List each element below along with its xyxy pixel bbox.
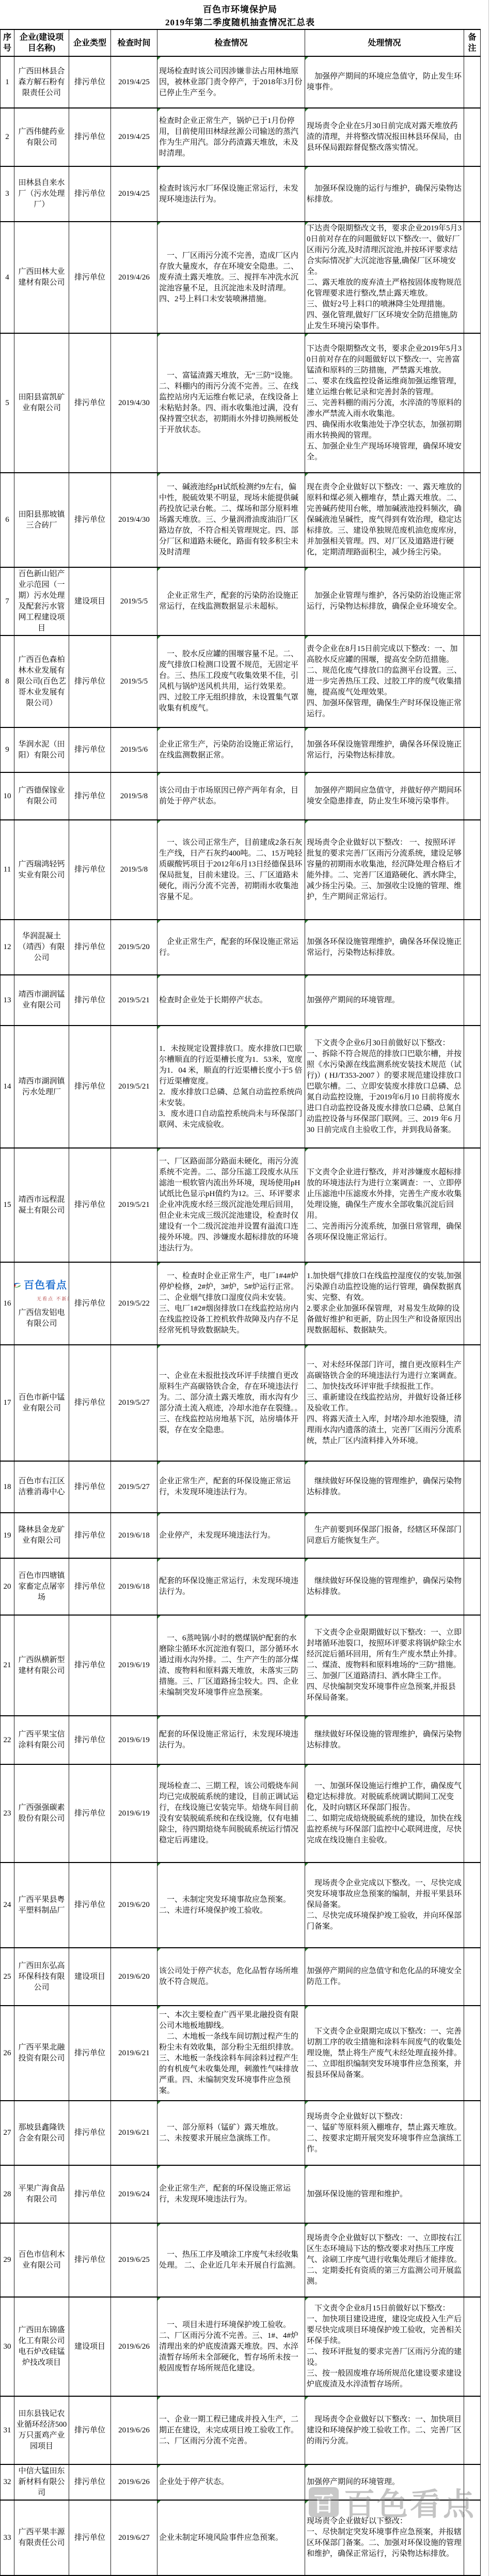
inspection-findings-cell-text: 一、企业一期工程已建成并投入生产，二期正在建设，未完成项目竣工验收工作。二、厂区…	[159, 2415, 298, 2445]
inspection-date-cell: 2019/6/27	[111, 2500, 157, 2575]
company-type-cell: 排污单位	[69, 166, 111, 222]
table-row: 24广西平果县粤平塑料制品厂排污单位2019/6/20 一、未制定突发环境事故应…	[1, 1863, 481, 1948]
company-name-cell-text: 广西信发铝电有限公司	[18, 1309, 65, 1328]
handling-actions-cell: 现场责令企业做好以下整改： 一、锰矿等原料须入棚堆存，禁止露天堆放。 二、按要求…	[305, 2101, 464, 2165]
inspection-date-cell-text: 2019/4/25	[118, 133, 150, 141]
company-type-cell: 排污单位	[69, 1345, 111, 1461]
company-name-cell: 田林县自来水厂（污水处理厂）	[14, 166, 69, 222]
table-row: 3田林县自来水厂（污水处理厂）排污单位2019/4/25检查时该污水厂环保设施正…	[1, 166, 481, 222]
remark-cell	[464, 1863, 481, 1948]
inspection-findings-cell: 一、检查时企业正常生产，电厂1#4#炉停炉检修，2#炉，3#炉，5#炉运行正常。…	[157, 1262, 305, 1345]
row-number-cell-text: 32	[4, 2478, 11, 2486]
company-type-cell-text: 排污单位	[74, 1483, 105, 1491]
remark-cell	[464, 920, 481, 975]
handling-actions-cell-text: 加强停产期间的环境管理。	[307, 2478, 400, 2486]
company-type-cell-text: 排污单位	[74, 1809, 105, 1818]
spreadsheet-gridline	[488, 0, 489, 2576]
inspection-date-cell: 2019/6/26	[111, 2396, 157, 2464]
row-number-cell-text: 28	[4, 2190, 11, 2198]
remark-cell	[464, 2101, 481, 2165]
row-number-cell: 33	[1, 2500, 14, 2575]
inspection-findings-cell: 一、企业一期工程已建成并投入生产，二期正在建设，未完成项目竣工验收工作。二、厂区…	[157, 2396, 305, 2464]
handling-actions-cell: 加强停产期间的环境管理。	[305, 2464, 464, 2500]
inspection-date-cell-text: 2019/5/6	[120, 746, 148, 754]
inspection-date-cell: 2019/5/8	[111, 772, 157, 820]
handling-actions-cell: 加强停产期间的应急值守和危化品的环境安全防范工作。	[305, 1948, 464, 2006]
table-row: 20百色市四塘镇家畜定点屠宰场排污单位2019/6/18配套的环保设施正常运行，…	[1, 1558, 481, 1615]
handling-actions-cell: 现场责令企业完成以下整改。一、尽快完成突发环境事故应急预案的编制，并报平果县环保…	[305, 1863, 464, 1948]
row-number-cell-text: 18	[4, 1483, 11, 1491]
company-name-cell: 广西田林县合森方解石粉有限责任公司	[14, 56, 69, 108]
company-name-cell: 田东县钱记农业循环经济500万只蛋鸡产业园项目	[14, 2396, 69, 2464]
inspection-findings-cell: 一、本次主要检查广西平果北融投资有限公司木地板地脚线。 二、木地板一条线车间切割…	[157, 2006, 305, 2101]
inspection-findings-cell: 一、未制定突发环境事故应急预案。 二、未进行环境保护竣工验收。	[157, 1863, 305, 1948]
company-name-cell-text: 百色市四塘镇家畜定点屠宰场	[18, 1572, 65, 1602]
agency-title: 百色市环境保护局	[0, 3, 480, 16]
inspection-findings-cell: 一、厂区雨污分流不完善，造成厂区内存放大量废水，存在环境安全隐患。二、废弃渣土露…	[157, 222, 305, 333]
row-number-cell: 7	[1, 567, 14, 635]
inspection-date-cell-text: 2019/4/25	[118, 190, 150, 198]
table-row: 5田阳县富凯矿业有限公司排污单位2019/4/30 一、富锰渣露天堆放，无“三防…	[1, 333, 481, 473]
row-number-cell-text: 33	[4, 2534, 11, 2542]
inspection-findings-cell-text: 一、6蒸吨锅/小时的燃煤锅炉配套的水磨除尘循环水沉淀池有裂口，部分循环水通过雨水…	[159, 1634, 298, 1697]
inspection-date-cell-text: 2019/6/26	[118, 2478, 150, 2486]
remark-cell	[464, 727, 481, 772]
inspection-date-cell: 2019/5/27	[111, 1461, 157, 1513]
row-number-cell-text: 15	[4, 1201, 11, 1209]
company-name-cell-text: 广西德保镓业有限公司	[18, 786, 65, 805]
table-row: 21广西纵横新型建材有限公司排污单位2019/6/19 一、6蒸吨锅/小时的燃煤…	[1, 1615, 481, 1716]
header-handling: 处理情况	[305, 29, 464, 56]
company-type-cell: 排污单位	[69, 56, 111, 108]
inspection-date-cell: 2019/6/18	[111, 1558, 157, 1615]
inspection-findings-cell-text: 一、碱液池经pH试纸检测约9左右，偏中性，脱硫效果不明显，现场未能提供碱药投放记…	[159, 483, 298, 556]
remark-cell	[464, 166, 481, 222]
inspection-findings-cell: 一、碱液池经pH试纸检测约9左右，偏中性，脱硫效果不明显，现场未能提供碱药投放记…	[157, 473, 305, 567]
row-number-cell-text: 24	[4, 1901, 11, 1909]
inspection-findings-cell-text: 一、胶水反应罐的围堰容量不足。二、废气排放口检测口设置不规范，无固定平台。三、热…	[159, 650, 298, 712]
handling-actions-cell-text: 现场责令企业完成以下整改。一、尽快完成突发环境事故应急预案的编制，并报平果县环保…	[307, 1879, 462, 1931]
inspection-date-cell-text: 2019/5/21	[118, 996, 150, 1004]
company-type-cell-text: 排污单位	[74, 746, 105, 754]
company-type-cell-text: 排污单位	[74, 1582, 105, 1591]
handling-actions-cell-text: 下文责令企业限期完成以下整改：一、完善切割工序的收尘措施和涂料车间废气的收集处理…	[307, 2027, 462, 2079]
row-number-cell-text: 22	[4, 1736, 11, 1744]
inspection-findings-cell: 一、热压工序及喷涂工序废气未经收集处理。 二、企业近几年未开展自行监测。	[157, 2223, 305, 2297]
table-row: 11广西瑞鸿轻钙实业有限公司排污单位2019/5/8 一、该公司正常生产，目前建…	[1, 820, 481, 920]
row-number-cell-text: 21	[4, 1661, 11, 1669]
remark-cell	[464, 333, 481, 473]
company-type-cell-text: 排污单位	[74, 190, 105, 198]
inspection-date-cell: 2019/4/30	[111, 473, 157, 567]
handling-actions-cell: 现场责令企业做好以下整改：一、立即按右江区生态环境局下达的整改要求对热压工序废气…	[305, 2223, 464, 2297]
company-name-cell: 广西田东弘高环保科技有限公司	[14, 1948, 69, 2006]
inspection-date-cell: 2019/6/21	[111, 2101, 157, 2165]
inspection-date-cell: 2019/5/21	[111, 1026, 157, 1148]
handling-actions-cell-text: 下达责令限期整改文书，要求企业2019年5月30日前对存在的问题做好以下整改:一…	[307, 345, 462, 461]
logo-text: 百色看点	[24, 1280, 67, 1291]
inspection-date-cell-text: 2019/6/21	[118, 2129, 150, 2137]
company-type-cell: 排污单位	[69, 1026, 111, 1148]
remark-cell	[464, 1461, 481, 1513]
inspection-findings-cell-text: 一、富锰渣露天堆放，无“三防”设施。二、料棚内的雨污分流不完善。三、在线监控站房…	[159, 371, 298, 434]
row-number-cell: 25	[1, 1948, 14, 2006]
row-number-cell: 5	[1, 333, 14, 473]
inspection-findings-cell-text: 一、厂区雨污分流不完善，造成厂区内存放大量废水，存在环境安全隐患。二、废弃渣土露…	[159, 252, 298, 303]
inspection-findings-cell-text: 企业未制定环境风险事件应急预案。	[159, 2534, 283, 2542]
inspection-findings-cell-text: 一、检查时企业正常生产，电厂1#4#炉停炉检修，2#炉，3#炉，5#炉运行正常。…	[159, 1272, 298, 1334]
company-type-cell: 排污单位	[69, 920, 111, 975]
company-type-cell-text: 排污单位	[74, 1736, 105, 1744]
company-type-cell: 排污单位	[69, 2500, 111, 2575]
handling-actions-cell-text: 加强企业管理与维护，各污染防治设施正常运行，污染物达标排放，确保企业环境安全。	[307, 592, 462, 611]
inspection-date-cell-text: 2019/4/26	[118, 273, 150, 282]
company-type-cell-text: 排污单位	[74, 1082, 105, 1091]
company-type-cell-text: 排污单位	[74, 677, 105, 686]
handling-actions-cell: 下达责令限期整改文书，要求企业2019年5月30日前对存在的问题做好以下整改:一…	[305, 333, 464, 473]
company-type-cell-text: 排污单位	[74, 78, 105, 86]
row-number-cell: 19	[1, 1513, 14, 1558]
company-type-cell-text: 排污单位	[74, 1201, 105, 1209]
company-type-cell-text: 排污单位	[74, 1399, 105, 1407]
table-row: 26广西平果北融投资有限公司排污单位2019/6/21一、本次主要检查广西平果北…	[1, 2006, 481, 2101]
company-name-cell: 那坡县鑫隆铁合金有限公司	[14, 2101, 69, 2165]
row-number-cell-text: 19	[4, 1531, 11, 1540]
handling-actions-cell-text: 现场责令企业做好以下整改： 一、按照环评批复的要求完善厂区雨污分流系统，建设足够…	[307, 839, 462, 901]
remark-cell	[464, 2297, 481, 2396]
row-number-cell: 3	[1, 166, 14, 222]
company-type-cell: 排污单位	[69, 1558, 111, 1615]
inspection-findings-cell: 一、企业在未报批技改环评手续擅自更改原料生产高碳铬铁合金，存在环境违法行为。二、…	[157, 1345, 305, 1461]
inspection-findings-cell-text: 一、未制定突发环境事故应急预案。 二、未进行环境保护竣工验收。	[159, 1896, 291, 1915]
row-number-cell-text: 14	[4, 1082, 11, 1091]
handling-actions-cell-text: 加强停产期间的环境应急值守，防止发生环境事件。	[307, 72, 462, 91]
inspection-date-cell: 2019/6/25	[111, 2223, 157, 2297]
inspection-findings-cell-text: 一、企业在未报批技改环评手续擅自更改原料生产高碳铬铁合金，存在环境违法行为。二、…	[159, 1372, 303, 1434]
table-row: 7百色新山铝产业示范园（一期）污水处理及配套污水管网工程建设项目建设项目2019…	[1, 567, 481, 635]
table-row: 22广西平果宝信涂料有限公司排污单位2019/6/19配套的环保设施正常运行，未…	[1, 1716, 481, 1764]
table-row: 16百色看点无看点 不新闻广西信发铝电有限公司排污单位2019/5/22 一、检…	[1, 1262, 481, 1345]
inspection-findings-cell: 一、厂区路面部分路面未硬化，雨污分流系统不完善。二、部分压滤工段废水从压滤池一根…	[157, 1148, 305, 1262]
table-row: 9华润水泥（田阳）有限公司排污单位2019/5/6企业正常生产，污染防治设施正常…	[1, 727, 481, 772]
remark-cell	[464, 1513, 481, 1558]
company-type-cell-text: 排污单位	[74, 399, 105, 407]
logo-tagline: 无看点 不新闻	[37, 1294, 67, 1305]
inspection-findings-cell-text: 企业正常生产，配套的环保设施正常运行。	[159, 938, 298, 957]
company-name-cell: 田阳县那坡镇三合砖厂	[14, 473, 69, 567]
company-type-cell-text: 排污单位	[74, 792, 105, 800]
inspection-date-cell: 2019/5/27	[111, 1345, 157, 1461]
company-name-cell: 百色市新中锰业有限公司	[14, 1345, 69, 1461]
inspection-findings-cell: 企业停产，未发现环境违法行为。	[157, 1513, 305, 1558]
inspection-findings-cell-text: 一、本次主要检查广西平果北融投资有限公司木地板地脚线。 二、木地板一条线车间切割…	[159, 2011, 298, 2095]
header-remark: 备注	[464, 29, 481, 56]
remark-cell	[464, 1026, 481, 1148]
inspection-date-cell: 2019/4/26	[111, 222, 157, 333]
inspection-findings-cell: 该公司处于停产状态，危化品暂存场所堆放不符合规范。	[157, 1948, 305, 2006]
row-number-cell: 12	[1, 920, 14, 975]
company-name-cell-text: 田阳县那坡镇三合砖厂	[18, 510, 65, 530]
inspection-date-cell-text: 2019/5/21	[118, 1082, 150, 1091]
inspection-findings-cell-text: 一、部分原料（锰矿）露天堆放。 二、未按要求开展应急演练工作。	[159, 2123, 283, 2143]
inspection-findings-cell-text: 现场检查时该公司因涉嫌非法占用林地原因，被林业部门责令停产，于2018年3月份已…	[159, 67, 303, 97]
handling-actions-cell: 现场责令企业做好以下整改： 一、按照环评批复的要求完善厂区雨污分流系统，建设足够…	[305, 820, 464, 920]
remark-cell	[464, 1558, 481, 1615]
inspection-date-cell-text: 2019/6/25	[118, 2256, 150, 2264]
row-number-cell: 11	[1, 820, 14, 920]
row-number-cell-text: 7	[5, 597, 9, 606]
company-name-cell-text: 广西瑞鸿轻钙实业有限公司	[18, 860, 65, 879]
table-row: 19隆林县金龙矿业有限公司排污单位2019/6/18企业停产，未发现环境违法行为…	[1, 1513, 481, 1558]
remark-cell	[464, 2500, 481, 2575]
handling-actions-cell: 责令企业在8月15日前完成以下整改：一、加高胶水反应罐的围堰，提高安全防范措施。…	[305, 635, 464, 727]
remark-cell	[464, 635, 481, 727]
company-name-cell: 广西强强碳素股份有限公司	[14, 1764, 69, 1863]
inspection-date-cell: 2019/6/20	[111, 1863, 157, 1948]
company-name-cell-text: 靖西市远程混凝土有限公司	[18, 1196, 65, 1215]
handling-actions-cell: 1.加快烟气排放口在线监控湿度仪的安装,加强污染源自动监控设施的运行管理，确保数…	[305, 1262, 464, 1345]
remark-cell	[464, 975, 481, 1026]
row-number-cell-text: 25	[4, 1973, 11, 1981]
handling-actions-cell: 加强停产期间的环境管理。	[305, 975, 464, 1026]
company-name-cell-text: 百色市信利木业有限公司	[18, 2251, 65, 2270]
company-name-cell-text: 广西平果宝信涂料有限公司	[18, 1730, 65, 1749]
company-type-cell: 建设项目	[69, 1948, 111, 2006]
inspection-date-cell-text: 2019/4/30	[118, 399, 150, 407]
table-row: 4广西田林大业建材有限公司排污单位2019/4/26 一、厂区雨污分流不完善，造…	[1, 222, 481, 333]
inspection-findings-cell-text: 1．未按规定设置排放口。废水排放口巴歇尔槽顺直的行近渠槽长度为1．53米，宽度为…	[159, 1045, 303, 1129]
inspection-date-cell-text: 2019/5/8	[120, 792, 148, 800]
inspection-date-cell-text: 2019/4/25	[118, 78, 150, 86]
company-type-cell: 排污单位	[69, 727, 111, 772]
company-name-cell-text: 广西强强碳素股份有限公司	[18, 1804, 65, 1823]
company-type-cell: 排污单位	[69, 108, 111, 166]
handling-actions-cell: 加强各环保设施管理维护，确保各环保设施正常运行，污染物达标排放。	[305, 920, 464, 975]
company-name-cell: 百色市右江区洁雅消毒中心	[14, 1461, 69, 1513]
company-type-cell: 排污单位	[69, 1764, 111, 1863]
handling-actions-cell-text: 责令企业在8月15日前完成以下整改：一、加高胶水反应罐的围堰，提高安全防范措施。…	[307, 645, 462, 718]
handling-actions-cell-text: 现场责令企业做好以下整改： 一、锰矿等原料须入棚堆存，禁止露天堆放。 二、按要求…	[307, 2113, 462, 2153]
inspection-date-cell-text: 2019/6/18	[118, 1582, 150, 1591]
row-number-cell-text: 11	[4, 865, 11, 874]
company-name-cell-text: 田林县自来水厂（污水处理厂）	[18, 179, 65, 209]
row-number-cell: 24	[1, 1863, 14, 1948]
company-type-cell: 建设项目	[69, 2297, 111, 2396]
handling-actions-cell-text: 加强环保设施的运行与维护，确保污染物达标排放。	[307, 184, 462, 204]
handling-actions-cell: 加强企业管理与维护，各污染防治设施正常运行，污染物达标排放，确保企业环境安全。	[305, 567, 464, 635]
remark-cell	[464, 108, 481, 166]
company-name-cell-text: 广西田林县合森方解石粉有限责任公司	[18, 67, 65, 97]
company-name-cell-text: 靖西市湖润锰业有限公司	[18, 990, 65, 1010]
handling-actions-cell: 下文责令企业8月15日前做好以下整改：一、加快项目建设进度，建设完成投入生产后要…	[305, 2297, 464, 2396]
handling-actions-cell-text: 继续做好环保设施的管理维护，确保污染物达标排放。	[307, 1730, 462, 1749]
company-type-cell: 排污单位	[69, 222, 111, 333]
company-type-cell-text: 排污单位	[74, 133, 105, 141]
table-row: 8广西百色森柏林木业发展有限公司(百色艺哥木业发展有限公司）排污单位2019/5…	[1, 635, 481, 727]
inspection-findings-cell: 现场检查二、三期工程，该公司煅烧车间均已完成脱硫系统的建设，目前正调试运行，在线…	[157, 1764, 305, 1863]
company-type-cell-text: 排污单位	[74, 2534, 105, 2542]
row-number-cell: 29	[1, 2223, 14, 2297]
inspection-findings-cell-text: 一、厂区路面部分路面未硬化，雨污分流系统不完善。二、部分压滤工段废水从压滤池一根…	[159, 1157, 300, 1252]
inspection-date-cell-text: 2019/5/27	[118, 1483, 150, 1491]
remark-cell	[464, 1148, 481, 1262]
handling-actions-cell-text: 继续做好环保设施的管理维护，确保污染物达标排放。	[307, 1477, 462, 1496]
handling-actions-cell-text: 现场责令企业做好以下整改： 一、尽快制定突发环境事件应急预案，并报辖区环保部门备…	[307, 2517, 462, 2558]
inspection-findings-cell-text: 检查时企业处于长期停产状态。	[159, 996, 267, 1004]
company-type-cell: 建设项目	[69, 567, 111, 635]
row-number-cell: 17	[1, 1345, 14, 1461]
row-number-cell: 31	[1, 2396, 14, 2464]
inspection-findings-cell: 检查时该污水厂环保设施正常运行，未发现环境违法行为。	[157, 166, 305, 222]
handling-actions-cell-text: 加强停产期间的应急值守和危化品的环境安全防范工作。	[307, 1967, 462, 1986]
company-name-cell: 百色新山铝产业示范园（一期）污水处理及配套污水管网工程建设项目	[14, 567, 69, 635]
inspection-findings-cell: 一、部分原料（锰矿）露天堆放。 二、未按要求开展应急演练工作。	[157, 2101, 305, 2165]
table-row: 17百色市新中锰业有限公司排污单位2019/5/27一、企业在未报批技改环评手续…	[1, 1345, 481, 1461]
company-name-cell-text: 那坡县鑫隆铁合金有限公司	[18, 2123, 65, 2143]
row-number-cell: 8	[1, 635, 14, 727]
table-row: 10广西德保镓业有限公司排污单位2019/5/8该公司由于市场原因已停产两年有余…	[1, 772, 481, 820]
inspection-findings-cell: 一、项目未进行环境保护竣工验收。二、厂区雨污分流不完善。三、1#、4#炉清理出来…	[157, 2297, 305, 2396]
company-name-cell-text: 中信大锰田东新材料有限公司	[18, 2467, 65, 2497]
company-name-cell-text: 广西田东弘高环保科技有限公司	[18, 1962, 65, 1992]
inspection-date-cell: 2019/4/25	[111, 108, 157, 166]
inspection-date-cell: 2019/6/18	[111, 1513, 157, 1558]
company-name-cell: 广西伟健药业有限公司	[14, 108, 69, 166]
company-name-cell: 广西田东锦盛化工有限公司电石炉改硅锰炉技改项目	[14, 2297, 69, 2396]
row-number-cell-text: 5	[5, 399, 9, 407]
company-name-cell: 隆林县金龙矿业有限公司	[14, 1513, 69, 1558]
inspection-findings-cell: 配套的环保设施正常运行，未发现环境违法行为。	[157, 1558, 305, 1615]
inspection-date-cell-text: 2019/5/22	[118, 1299, 150, 1308]
company-type-cell-text: 排污单位	[74, 2426, 105, 2434]
row-number-cell: 13	[1, 975, 14, 1026]
table-row: 32中信大锰田东新材料有限公司排污单位2019/6/26企业处于停产状态。加强停…	[1, 2464, 481, 2500]
inspection-date-cell: 2019/6/19	[111, 1615, 157, 1716]
company-type-cell-text: 建设项目	[74, 597, 105, 606]
inspection-findings-cell: 企业正常生产，污染防治设施正常运行，在线监测数据正常。	[157, 727, 305, 772]
company-name-cell: 广西平果县粤平塑料制品厂	[14, 1863, 69, 1948]
inspection-findings-cell: 配套的环保设施正常运行，未发现环境违法行为。	[157, 1716, 305, 1764]
inspection-date-cell-text: 2019/6/19	[118, 1661, 150, 1669]
handling-actions-cell: 加强停产期间应急值守，并做好停产期间环境安全隐患排查，防止发生环境污染事件。	[305, 772, 464, 820]
inspection-date-cell: 2019/5/21	[111, 1148, 157, 1262]
inspection-findings-cell: 一、胶水反应罐的围堰容量不足。二、废气排放口检测口设置不规范，无固定平台。三、热…	[157, 635, 305, 727]
header-findings: 检查情况	[157, 29, 305, 56]
row-number-cell-text: 29	[4, 2256, 11, 2264]
row-number-cell: 14	[1, 1026, 14, 1148]
row-number-cell-text: 13	[4, 996, 11, 1004]
header-type: 企业类型	[69, 29, 111, 56]
company-type-cell: 排污单位	[69, 2006, 111, 2101]
handling-actions-cell-text: 一、加强环保设施运行维护工作，确保废气稳定达标排放。对脱硫系统调试期间工况变化，…	[307, 1782, 462, 1844]
inspection-date-cell-text: 2019/6/21	[118, 2049, 150, 2057]
remark-cell	[464, 2464, 481, 2500]
inspection-summary-table: 序号 企业(建设项目名称) 企业类型 检查时间 检查情况 处理情况 备注 1广西…	[0, 29, 481, 2576]
remark-cell	[464, 2165, 481, 2223]
company-name-cell-text: 百色市右江区洁雅消毒中心	[18, 1477, 65, 1496]
company-type-cell: 排污单位	[69, 333, 111, 473]
inspection-findings-cell-text: 该公司处于停产状态，危化品暂存场所堆放不符合规范。	[159, 1967, 298, 1986]
inspection-date-cell-text: 2019/6/24	[118, 2190, 150, 2198]
company-name-cell: 靖西市湖润锰业有限公司	[14, 975, 69, 1026]
inspection-findings-cell: 企业正常生产，配套的污染防治设施正常运行，在线监测数据显示未超标。	[157, 567, 305, 635]
inspection-findings-cell-text: 企业正常生产，配套的环保设施正常运行，未发现环境违法行为。	[159, 2184, 291, 2203]
row-number-cell: 27	[1, 2101, 14, 2165]
company-name-cell: 靖西市湖润镇污水处理厂	[14, 1026, 69, 1148]
company-type-cell-text: 排污单位	[74, 2190, 105, 2198]
company-name-cell: 广西纵横新型建材有限公司	[14, 1615, 69, 1716]
company-name-cell-text: 广西平果县粤平塑料制品厂	[18, 1896, 65, 1915]
inspection-date-cell: 2019/6/19	[111, 1764, 157, 1863]
company-type-cell: 排污单位	[69, 1716, 111, 1764]
company-name-cell: 百色市信利木业有限公司	[14, 2223, 69, 2297]
inspection-date-cell: 2019/5/8	[111, 820, 157, 920]
company-name-cell: 中信大锰田东新材料有限公司	[14, 2464, 69, 2500]
company-name-cell: 广西田林大业建材有限公司	[14, 222, 69, 333]
inspection-date-cell: 2019/5/20	[111, 920, 157, 975]
row-number-cell-text: 23	[4, 1809, 11, 1818]
handling-actions-cell: 加强环保设施的管理和维护。	[305, 2165, 464, 2223]
company-type-cell: 排污单位	[69, 820, 111, 920]
company-type-cell: 排污单位	[69, 635, 111, 727]
document-title-block: 百色市环境保护局 2019年第二季度随机抽查情况汇总表	[0, 0, 480, 29]
company-type-cell-text: 排污单位	[74, 516, 105, 524]
inspection-date-cell: 2019/6/26	[111, 2464, 157, 2500]
row-number-cell-text: 6	[5, 516, 9, 524]
table-row: 27那坡县鑫隆铁合金有限公司排污单位2019/6/21 一、部分原料（锰矿）露天…	[1, 2101, 481, 2165]
inspection-date-cell-text: 2019/5/20	[118, 943, 150, 951]
report-title: 2019年第二季度随机抽查情况汇总表	[0, 16, 480, 29]
company-type-cell: 排污单位	[69, 2165, 111, 2223]
company-type-cell: 排污单位	[69, 1615, 111, 1716]
inspection-date-cell-text: 2019/5/27	[118, 1399, 150, 1407]
handling-actions-cell-text: 现在责令企业做好以下整改：一、露天堆放的原料和煤必须入棚堆存，禁止露天堆放。二、…	[307, 483, 462, 556]
row-number-cell-text: 4	[5, 273, 9, 282]
company-name-cell: 广西平果北融投资有限公司	[14, 2006, 69, 2101]
handling-actions-cell: 现场责令企业在5月30日前完成对露天堆放药渣的清理，并将整改情况报田林县环保局，…	[305, 108, 464, 166]
company-type-cell: 排污单位	[69, 2396, 111, 2464]
handling-actions-cell-text: 下文责令企业8月15日前做好以下整改：一、加快项目建设进度，建设完成投入生产后要…	[307, 2304, 462, 2388]
remark-cell	[464, 1345, 481, 1461]
handling-actions-cell: 现场责令企业做好以下整改：一、加快项目建设和环境保护竣工验收工作。二、完善厂区的…	[305, 2396, 464, 2464]
handling-actions-cell-text: 生产前要到环保部门报备，经辖区环保部门同意后方能恢复生产。	[307, 1526, 462, 1545]
company-type-cell-text: 建设项目	[74, 2342, 105, 2351]
handling-actions-cell: 一、加强环保设施运行维护工作，确保废气稳定达标排放。对脱硫系统调试期间工况变化，…	[305, 1764, 464, 1863]
inspection-date-cell: 2019/6/26	[111, 2297, 157, 2396]
handling-actions-cell: 加强停产期间的环境应急值守，防止发生环境事件。	[305, 56, 464, 108]
company-type-cell-text: 排污单位	[74, 273, 105, 282]
company-type-cell-text: 排污单位	[74, 1531, 105, 1540]
company-name-cell-text: 百色新山铝产业示范园（一期）污水处理及配套污水管网工程建设项目	[18, 570, 65, 632]
remark-cell	[464, 56, 481, 108]
inspection-findings-cell-text: 企业正常生产，配套的环保设施正常运行，未发现环境违法行为。	[159, 1477, 291, 1496]
company-name-cell: 田阳县富凯矿业有限公司	[14, 333, 69, 473]
row-number-cell-text: 20	[4, 1582, 11, 1591]
inspection-findings-cell-text: 检查时该污水厂环保设施正常运行，未发现环境违法行为。	[159, 184, 298, 204]
row-number-cell-text: 1	[5, 78, 9, 86]
table-header-row: 序号 企业(建设项目名称) 企业类型 检查时间 检查情况 处理情况 备注	[1, 29, 481, 56]
row-number-cell: 32	[1, 2464, 14, 2500]
header-date: 检查时间	[111, 29, 157, 56]
company-type-cell: 排污单位	[69, 2101, 111, 2165]
document-page: 百色市环境保护局 2019年第二季度随机抽查情况汇总表 序号 企业(建设项目名称…	[0, 0, 491, 2576]
inspection-date-cell: 2019/5/6	[111, 727, 157, 772]
company-type-cell: 排污单位	[69, 2464, 111, 2500]
table-row: 13靖西市湖润锰业有限公司排污单位2019/5/21检查时企业处于长期停产状态。…	[1, 975, 481, 1026]
company-type-cell: 排污单位	[69, 1461, 111, 1513]
row-number-cell: 18	[1, 1461, 14, 1513]
row-number-cell: 20	[1, 1558, 14, 1615]
